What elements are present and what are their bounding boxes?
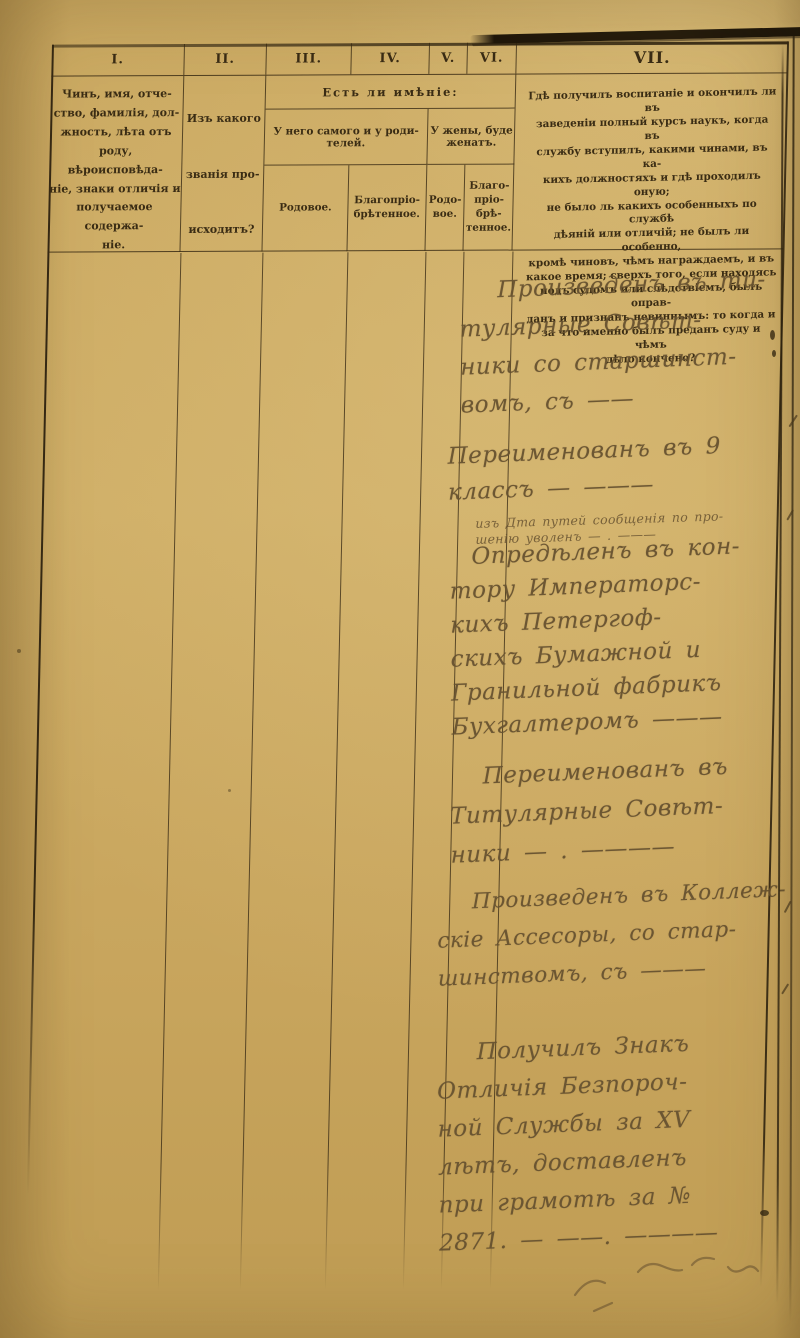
numeral-col-1: I. (51, 44, 185, 76)
handwriting-entry-appointed-bookkeeper: Опредѣленъ въ кон- тору Императорс- кихъ… (449, 529, 742, 744)
ink-blot (770, 330, 775, 340)
paper-speck (17, 649, 21, 653)
numeral-col-7: VII. (516, 41, 788, 73)
numeral-col-5: V. (429, 43, 468, 74)
handwriting-column: Произведенъ въ ти- тулярные Совѣт- ники … (425, 249, 778, 1292)
handwriting-entry-collegiate-assessor: Произведенъ въ Коллеж- скіе Ассесоры, со… (437, 871, 788, 999)
column-numeral-row: I. II. III. IV. V. VI. VII. (51, 41, 788, 76)
col1-header: Чинъ, имя, отче- ство, фамилія, дол- жно… (47, 76, 184, 253)
estate-header-group: Есть ли имѣніе: У него самого и у роди- … (262, 75, 516, 252)
page-edge-line (789, 36, 794, 1322)
col2-header-line: исходитъ? (183, 223, 260, 236)
body-grid-line (158, 253, 182, 1291)
service-record-table: I. II. III. IV. V. VI. VII. Чинъ, имя, о… (25, 41, 788, 1294)
body-grid-line (325, 252, 349, 1290)
ink-blot (760, 1210, 769, 1216)
estate-sub-labels: Родовое. Благопріо- брѣтенное. Родо- вое… (262, 165, 513, 252)
ink-blot (772, 350, 776, 357)
col2-header-line: Изъ какого (185, 112, 262, 125)
numeral-col-6: VI. (467, 43, 517, 74)
numeral-col-2: II. (184, 44, 267, 75)
estate-self-ancestral: Родовое. (262, 165, 349, 251)
header-row: Чинъ, имя, отче- ство, фамилія, дол- жно… (47, 73, 787, 252)
estate-subgroups: У него самого и у роди- телей. У жены, б… (264, 109, 514, 166)
handwriting-entry-renamed-9th-class: Переименованъ въ 9 классъ — ——— (447, 428, 721, 511)
pencil-marks (540, 1225, 790, 1338)
estate-title: Есть ли имѣніе: (266, 75, 516, 110)
estate-self-acquired: Благопріо- брѣтенное. (347, 165, 427, 251)
estate-wife: У жены, буде женатъ. (427, 109, 515, 165)
estate-wife-acquired: Благо- пріо- брѣ- тенное. (463, 165, 514, 251)
handwriting-entry-promotion-titular: Произведенъ въ ти- тулярные Совѣт- ники … (459, 261, 767, 425)
body-grid-line (403, 252, 427, 1290)
numeral-col-3: III. (266, 43, 352, 74)
col2-header: Изъ какого званія про- исходитъ? (180, 76, 266, 252)
body-grid-line (240, 253, 264, 1291)
estate-wife-ancestral: Родо- вое. (425, 165, 465, 251)
numeral-col-4: IV. (351, 43, 430, 74)
col2-header-line: званія про- (184, 167, 261, 180)
paper-speck (228, 789, 231, 792)
estate-self-and-parents: У него самого и у роди- телей. (264, 109, 428, 166)
handwriting-entry-renamed-titular: Переименованъ въ Титулярные Совѣт- ники … (449, 748, 729, 876)
col7-header: Гдѣ получилъ воспитаніе и окончилъ ли въ… (514, 71, 786, 252)
document-page: I. II. III. IV. V. VI. VII. Чинъ, имя, о… (0, 0, 800, 1338)
